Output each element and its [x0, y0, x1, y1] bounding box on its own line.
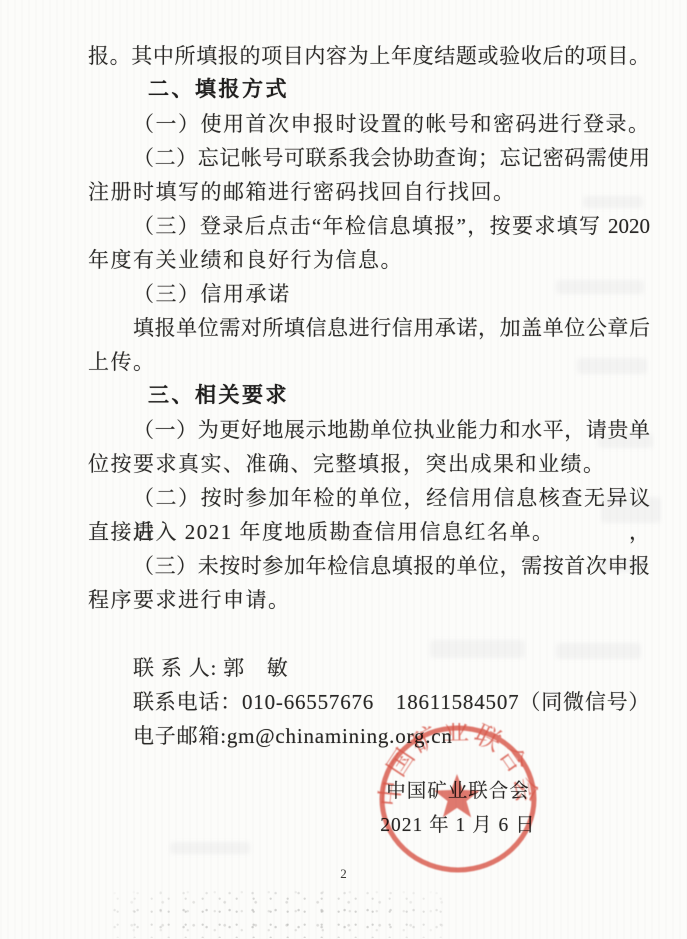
section-heading: 三、相关要求 — [88, 379, 650, 413]
text-line: 年度有关业绩和良好行为信息。 — [88, 243, 650, 277]
text-line: （一）为更好地展示地勘单位执业能力和水平，请贵单 — [88, 413, 650, 447]
text-line: 报。其中所填报的项目内容为上年度结题或验收后的项目。 — [88, 39, 650, 73]
text-line: 上传。 — [88, 345, 650, 379]
issuer-name: 中国矿业联合会 — [358, 775, 558, 809]
blank-line — [88, 617, 650, 651]
signature-block: 中国矿业联合会 2021 年 1 月 6 日 — [358, 775, 558, 843]
text-line: 程序要求进行申请。 — [88, 583, 650, 617]
text-line: （三）登录后点击“年检信息填报”，按要求填写 2020 — [88, 209, 650, 243]
document-body: 报。其中所填报的项目内容为上年度结题或验收后的项目。二、填报方式（一）使用首次申… — [88, 39, 650, 753]
page-number: 2 — [0, 866, 687, 882]
contact-block: 联 系 人: 郭 敏 联系电话：010-66557676 18611584507… — [88, 651, 650, 753]
text-line: （三）信用承诺 — [88, 277, 650, 311]
text-line: 填报单位需对所填信息进行信用承诺，加盖单位公章后 — [88, 311, 650, 345]
contact-phone-line: 联系电话：010-66557676 18611584507（同微信号） — [88, 685, 650, 719]
bleed-through-artifact — [170, 842, 250, 854]
issue-date: 2021 年 1 月 6 日 — [358, 809, 558, 843]
body-text-block: 报。其中所填报的项目内容为上年度结题或验收后的项目。二、填报方式（一）使用首次申… — [88, 39, 650, 617]
scanned-document-page: { "document": { "lines": [ {"text": "报。其… — [0, 0, 687, 939]
text-line: （二）忘记帐号可联系我会协助查询；忘记密码需使用 — [88, 141, 650, 175]
text-line: 注册时填写的邮箱进行密码找回自行找回。 — [88, 175, 650, 209]
text-line: （三）未按时参加年检信息填报的单位，需按首次申报 — [88, 549, 650, 583]
contact-email-line: 电子邮箱:gm@chinamining.org.cn — [88, 719, 650, 753]
contact-person-line: 联 系 人: 郭 敏 — [88, 651, 650, 685]
text-line: 位按要求真实、准确、完整填报，突出成果和业绩。 — [88, 447, 650, 481]
text-line: （一）使用首次申报时设置的帐号和密码进行登录。 — [88, 107, 650, 141]
section-heading: 二、填报方式 — [88, 73, 650, 107]
scan-noise-artifact — [110, 888, 450, 938]
text-line: （二）按时参加年检的单位，经信用信息核查无异议后， — [88, 481, 650, 515]
